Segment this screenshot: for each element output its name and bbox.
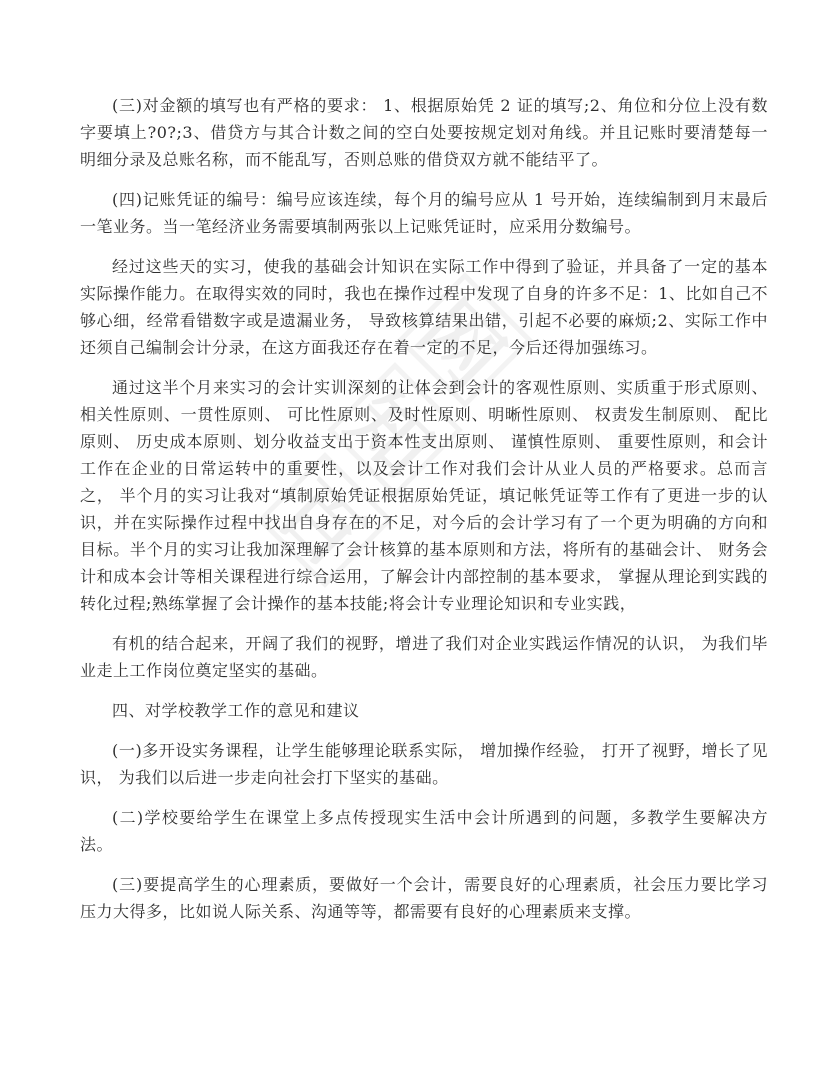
paragraph-combined-practice: 有机的结合起来，开阔了我们的视野，增进了我们对企业实践运作情况的认识， 为我们毕… xyxy=(80,630,768,684)
paragraph-internship-gains-shortcomings: 经过这些天的实习，使我的基础会计知识在实际工作中得到了验证，并具备了一定的基本实… xyxy=(80,253,768,361)
document-page: 百 知 网 (三)对金额的填写也有严格的要求： 1、根据原始凭 2 证的填写;2… xyxy=(0,0,830,1074)
paragraph-amount-filling-rules: (三)对金额的填写也有严格的要求： 1、根据原始凭 2 证的填写;2、角位和分位… xyxy=(80,92,768,173)
paragraph-suggestion-2: (二)学校要给学生在课堂上多点传授现实生活中会计所遇到的问题，多教学生要解决方法… xyxy=(80,804,768,858)
paragraph-suggestion-3: (三)要提高学生的心理素质，要做好一个会计，需要良好的心理素质，社会压力要比学习… xyxy=(80,871,768,925)
paragraph-voucher-numbering: (四)记账凭证的编号：编号应该连续，每个月的编号应从 1 号开始，连续编制到月末… xyxy=(80,186,768,240)
document-body: (三)对金额的填写也有严格的要求： 1、根据原始凭 2 证的填写;2、角位和分位… xyxy=(0,0,830,925)
section-heading-suggestions: 四、对学校教学工作的意见和建议 xyxy=(80,697,768,724)
paragraph-accounting-principles: 通过这半个月来实习的会计实训深刻的让体会到会计的客观性原则、实质重于形式原则、相… xyxy=(80,374,768,617)
paragraph-suggestion-1: (一)多开设实务课程，让学生能够理论联系实际， 增加操作经验， 打开了视野，增长… xyxy=(80,737,768,791)
